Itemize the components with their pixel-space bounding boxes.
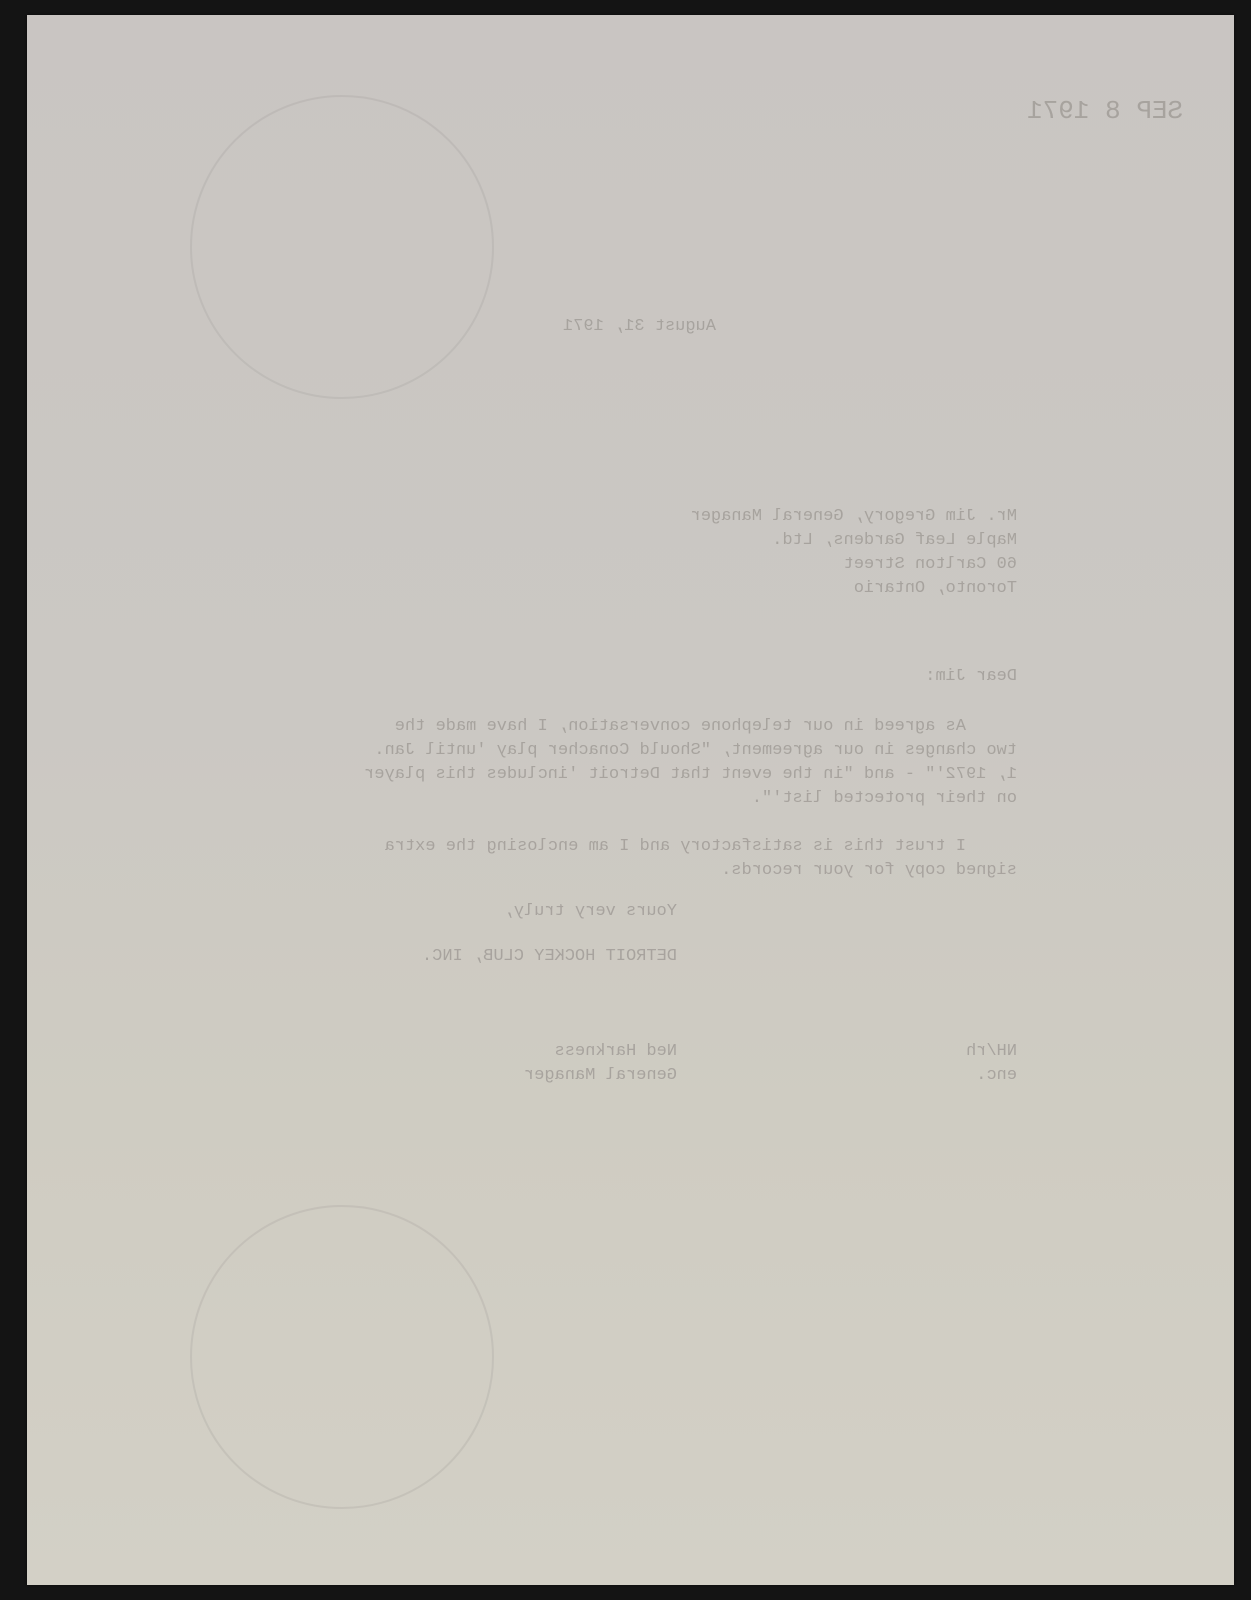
body-line: on their protected list'". bbox=[752, 787, 1017, 811]
body-line: signed copy for your records. bbox=[721, 859, 1017, 883]
recipient-line: 60 Carlton Street bbox=[844, 553, 1017, 577]
body-line: 1, 1972'" - and "in the event that Detro… bbox=[364, 763, 1017, 787]
recipient-line: Mr. Jim Gregory, General Manager bbox=[691, 505, 1017, 529]
letter-page: SEP 8 1971 August 31, 1971 Mr. Jim Grego… bbox=[27, 15, 1234, 1585]
recipient-line: Maple Leaf Gardens, Ltd. bbox=[772, 529, 1017, 553]
letter-date: August 31, 1971 bbox=[563, 315, 716, 339]
signer-title: General Manager bbox=[524, 1064, 677, 1088]
received-stamp: SEP 8 1971 bbox=[1027, 99, 1183, 123]
body-line: two changes in our agreement, "Should Co… bbox=[374, 739, 1017, 763]
mirrored-text-layer: SEP 8 1971 August 31, 1971 Mr. Jim Grego… bbox=[27, 15, 1234, 1585]
signer-name: Ned Harkness bbox=[555, 1040, 677, 1064]
salutation: Dear Jim: bbox=[925, 665, 1017, 689]
faint-seal-top bbox=[190, 95, 494, 399]
initials: NH/rh bbox=[966, 1040, 1017, 1064]
recipient-line: Toronto, Ontario bbox=[854, 577, 1017, 601]
faint-seal-bottom bbox=[190, 1205, 494, 1509]
body-line: I trust this is satisfactory and I am en… bbox=[384, 835, 1017, 859]
company-name: DETROIT HOCKEY CLUB, INC. bbox=[422, 945, 677, 969]
enclosure: enc. bbox=[976, 1064, 1017, 1088]
closing: Yours very truly, bbox=[504, 900, 677, 924]
body-line: As agreed in our telephone conversation,… bbox=[395, 715, 1017, 739]
